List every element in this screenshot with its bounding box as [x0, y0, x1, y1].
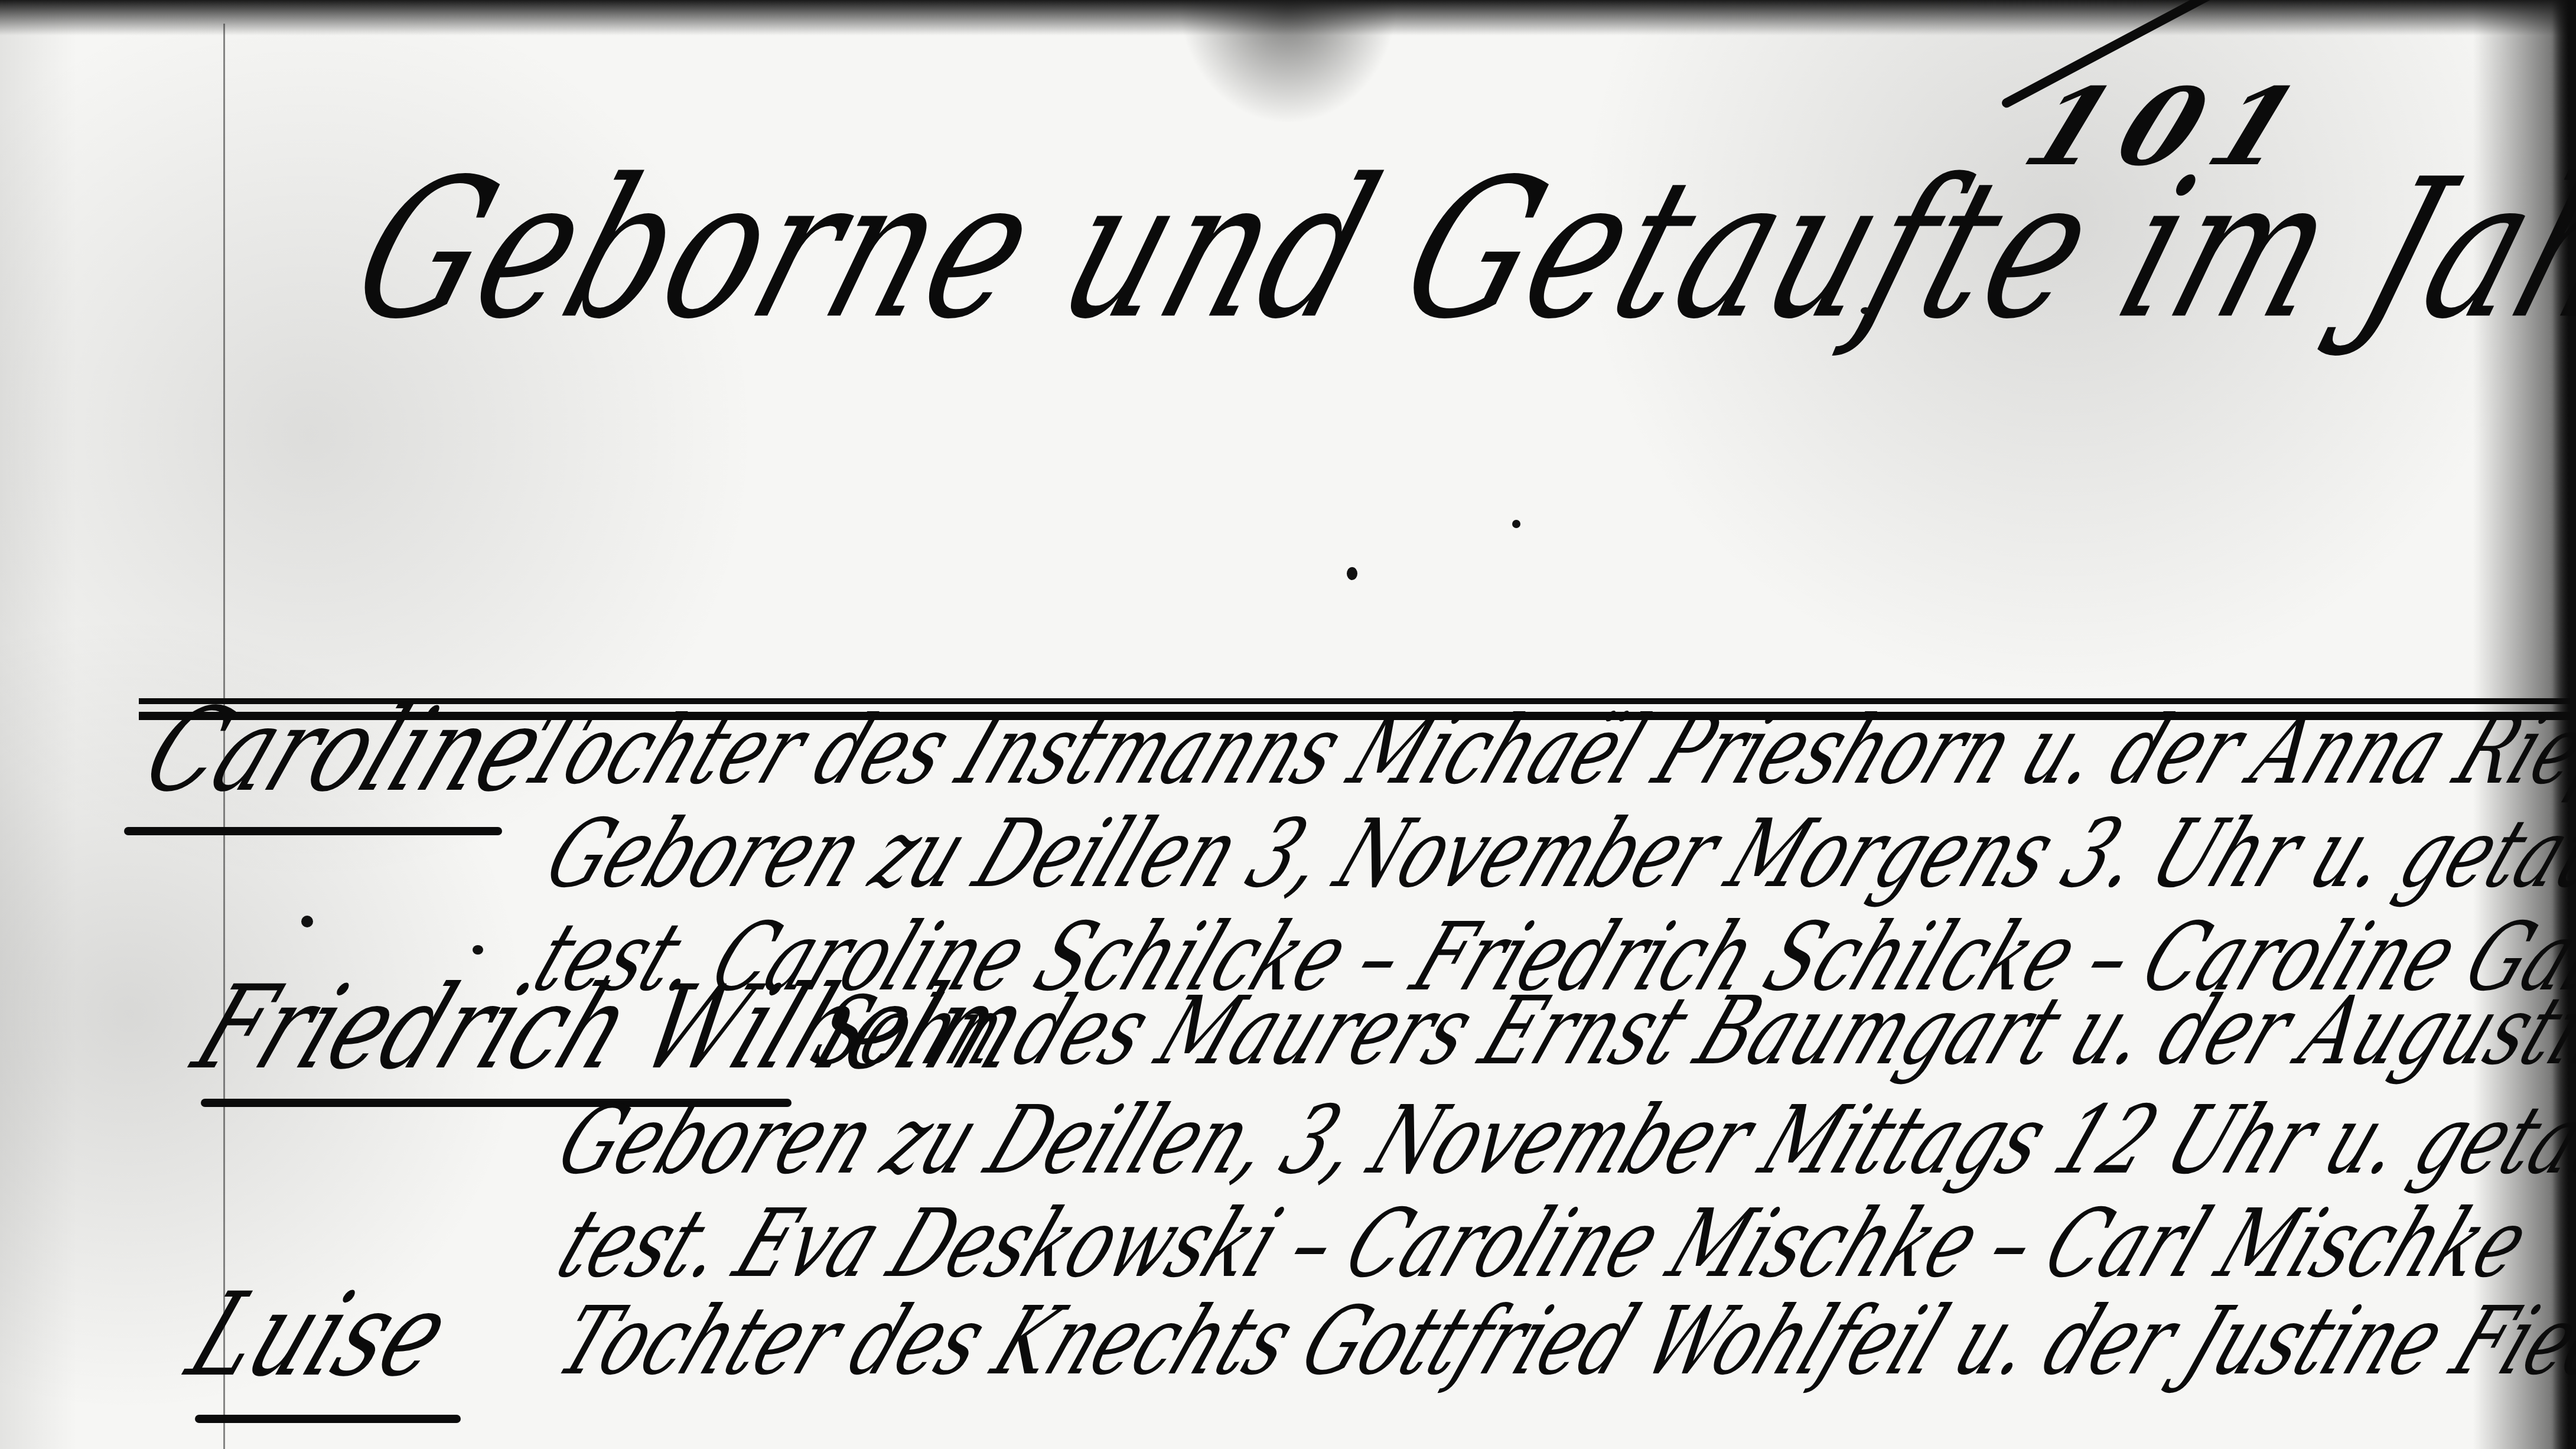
record-name: Caroline — [127, 684, 564, 818]
register-page: 101 Geborne und Getaufte im Jahre 1844. … — [0, 0, 2576, 1449]
ink-speck — [1347, 567, 1357, 580]
record-name: Luise — [171, 1269, 467, 1402]
record-line: Geboren zu Deillen 3, November Morgens 3… — [532, 799, 2576, 909]
ink-speck — [1861, 307, 1870, 314]
record-line: Sohn des Maurers Ernst Baumgart u. der A… — [797, 976, 2576, 1086]
record-line: Tochter des Knechts Gottfried Wohlfeil u… — [543, 1286, 2576, 1396]
ink-speck — [301, 916, 313, 927]
page-title: Geborne und Getaufte im Jahre 1844. — [331, 138, 2576, 361]
name-underline — [195, 1415, 461, 1423]
name-underline — [124, 827, 502, 835]
record-line: Geboren zu Deillen, 3, November Mittags … — [543, 1085, 2576, 1195]
record-line: Tochter des Instmanns Michaël Prieshorn … — [508, 695, 2576, 805]
record-line: test. Eva Deskowski – Caroline Mischke –… — [543, 1188, 2544, 1298]
ink-speck — [1512, 520, 1520, 528]
ink-speck — [473, 945, 483, 955]
